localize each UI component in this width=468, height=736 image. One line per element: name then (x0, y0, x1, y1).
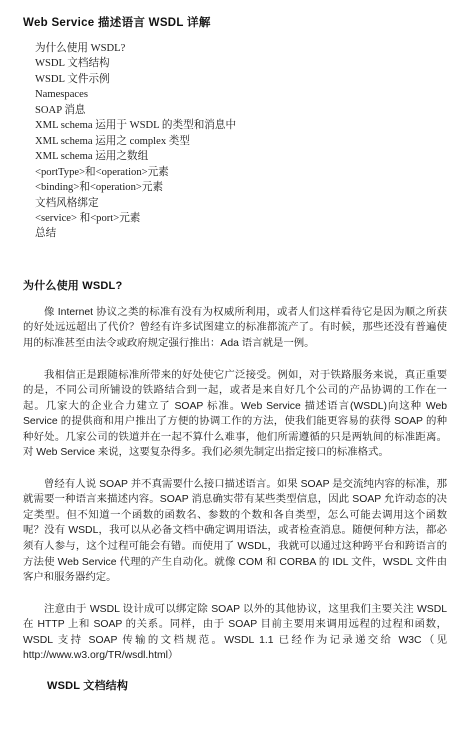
toc-item-why-use-wsdl: 为什么使用 WSDL? (35, 41, 446, 56)
paragraph-wsdl-soap-http: 注意由于 WSDL 设计成可以绑定除 SOAP 以外的其他协议，这里我们主要关注… (23, 602, 447, 664)
toc-item-binding-operation: <binding>和<operation>元素 (35, 180, 446, 195)
paragraph-standards-adoption: 像 Internet 协议之类的标准有没有为权威所利用，或者人们这样看待它是因为… (23, 305, 447, 352)
table-of-contents: 为什么使用 WSDL? WSDL 文档结构 WSDL 文件示例 Namespac… (35, 41, 446, 242)
toc-item-summary: 总结 (35, 226, 446, 241)
toc-item-soap-message: SOAP 消息 (35, 103, 446, 118)
toc-item-service-port: <service> 和<port>元素 (35, 211, 446, 226)
section-heading-document-structure: WSDL 文档结构 (47, 677, 446, 693)
toc-item-namespaces: Namespaces (35, 87, 446, 102)
toc-item-xml-schema-types: XML schema 运用于 WSDL 的类型和消息中 (35, 118, 446, 133)
toc-item-xml-schema-complex: XML schema 运用之 complex 类型 (35, 134, 446, 149)
section-heading-why-use-wsdl: 为什么使用 WSDL? (23, 277, 446, 293)
toc-item-document-structure: WSDL 文档结构 (35, 56, 446, 71)
toc-item-document-style: 文档风格绑定 (35, 196, 446, 211)
toc-item-xml-schema-array: XML schema 运用之数组 (35, 149, 446, 164)
document-title: Web Service 描述语言 WSDL 详解 (23, 14, 446, 30)
paragraph-interface-description: 曾经有人说 SOAP 并不真需要什么接口描述语言。如果 SOAP 是交流纯内容的… (23, 477, 447, 586)
document-page: Web Service 描述语言 WSDL 详解 为什么使用 WSDL? WSD… (0, 0, 468, 736)
toc-item-file-example: WSDL 文件示例 (35, 72, 446, 87)
paragraph-railway-analogy: 我相信正是跟随标准所带来的好处使它广泛接受。例如，对于铁路服务来说，真正重要的是… (23, 368, 447, 461)
toc-item-porttype-operation: <portType>和<operation>元素 (35, 165, 446, 180)
